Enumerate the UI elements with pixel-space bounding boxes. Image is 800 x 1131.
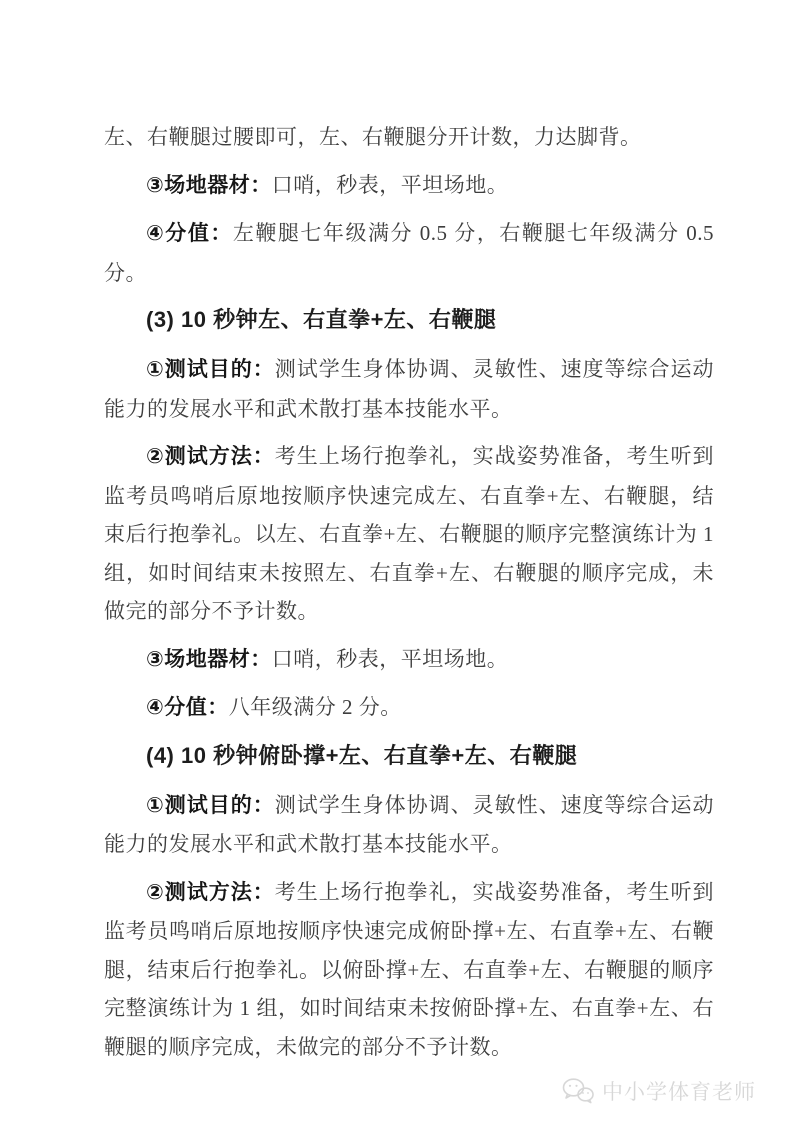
document-page: 左、右鞭腿过腰即可，左、右鞭腿分开计数，力达脚背。 ③场地器材：口哨，秒表，平坦… <box>0 0 800 1131</box>
section-heading: (3) 10 秒钟左、右直拳+左、右鞭腿 <box>104 301 714 339</box>
paragraph-label: ③场地器材： <box>146 648 272 671</box>
paragraph: ④分值：八年级满分 2 分。 <box>104 688 714 728</box>
paragraph: ①测试目的：测试学生身体协调、灵敏性、速度等综合运动能力的发展水平和武术散打基本… <box>104 350 714 428</box>
paragraph-text: 考生上场行抱拳礼，实战姿势准备，考生听到监考员鸣哨后原地按顺序快速完成左、右直拳… <box>104 444 714 623</box>
wechat-logo-icon <box>561 1077 595 1105</box>
paragraph-text: 考生上场行抱拳礼，实战姿势准备，考生听到监考员鸣哨后原地按顺序快速完成俯卧撑+左… <box>104 880 714 1059</box>
paragraph: ①测试目的：测试学生身体协调、灵敏性、速度等综合运动能力的发展水平和武术散打基本… <box>104 786 714 864</box>
paragraph-label: ②测试方法： <box>146 445 275 468</box>
paragraph-label: ③场地器材： <box>146 174 272 197</box>
paragraph-label: ①测试目的： <box>146 358 275 381</box>
paragraph: ③场地器材：口哨，秒表，平坦场地。 <box>104 166 714 206</box>
paragraph-label: ④分值： <box>146 222 233 245</box>
document-body: 左、右鞭腿过腰即可，左、右鞭腿分开计数，力达脚背。 ③场地器材：口哨，秒表，平坦… <box>104 118 714 1075</box>
section-heading: (4) 10 秒钟俯卧撑+左、右直拳+左、右鞭腿 <box>104 737 714 775</box>
paragraph-label: ①测试目的： <box>146 794 275 817</box>
paragraph-text: 口哨，秒表，平坦场地。 <box>272 173 509 197</box>
paragraph: ③场地器材：口哨，秒表，平坦场地。 <box>104 640 714 680</box>
paragraph: 左、右鞭腿过腰即可，左、右鞭腿分开计数，力达脚背。 <box>104 118 714 157</box>
watermark-text: 中小学体育老师 <box>602 1076 756 1106</box>
paragraph-label: ②测试方法： <box>146 881 275 904</box>
paragraph-text: 左、右鞭腿过腰即可，左、右鞭腿分开计数，力达脚背。 <box>104 125 642 149</box>
paragraph: ②测试方法：考生上场行抱拳礼，实战姿势准备，考生听到监考员鸣哨后原地按顺序快速完… <box>104 873 714 1067</box>
paragraph: ②测试方法：考生上场行抱拳礼，实战姿势准备，考生听到监考员鸣哨后原地按顺序快速完… <box>104 437 714 631</box>
paragraph: ④分值：左鞭腿七年级满分 0.5 分，右鞭腿七年级满分 0.5 分。 <box>104 214 714 292</box>
watermark: 中小学体育老师 <box>561 1076 756 1106</box>
paragraph-text: 口哨，秒表，平坦场地。 <box>272 647 509 671</box>
paragraph-text: 八年级满分 2 分。 <box>229 695 402 719</box>
paragraph-label: ④分值： <box>146 696 229 719</box>
